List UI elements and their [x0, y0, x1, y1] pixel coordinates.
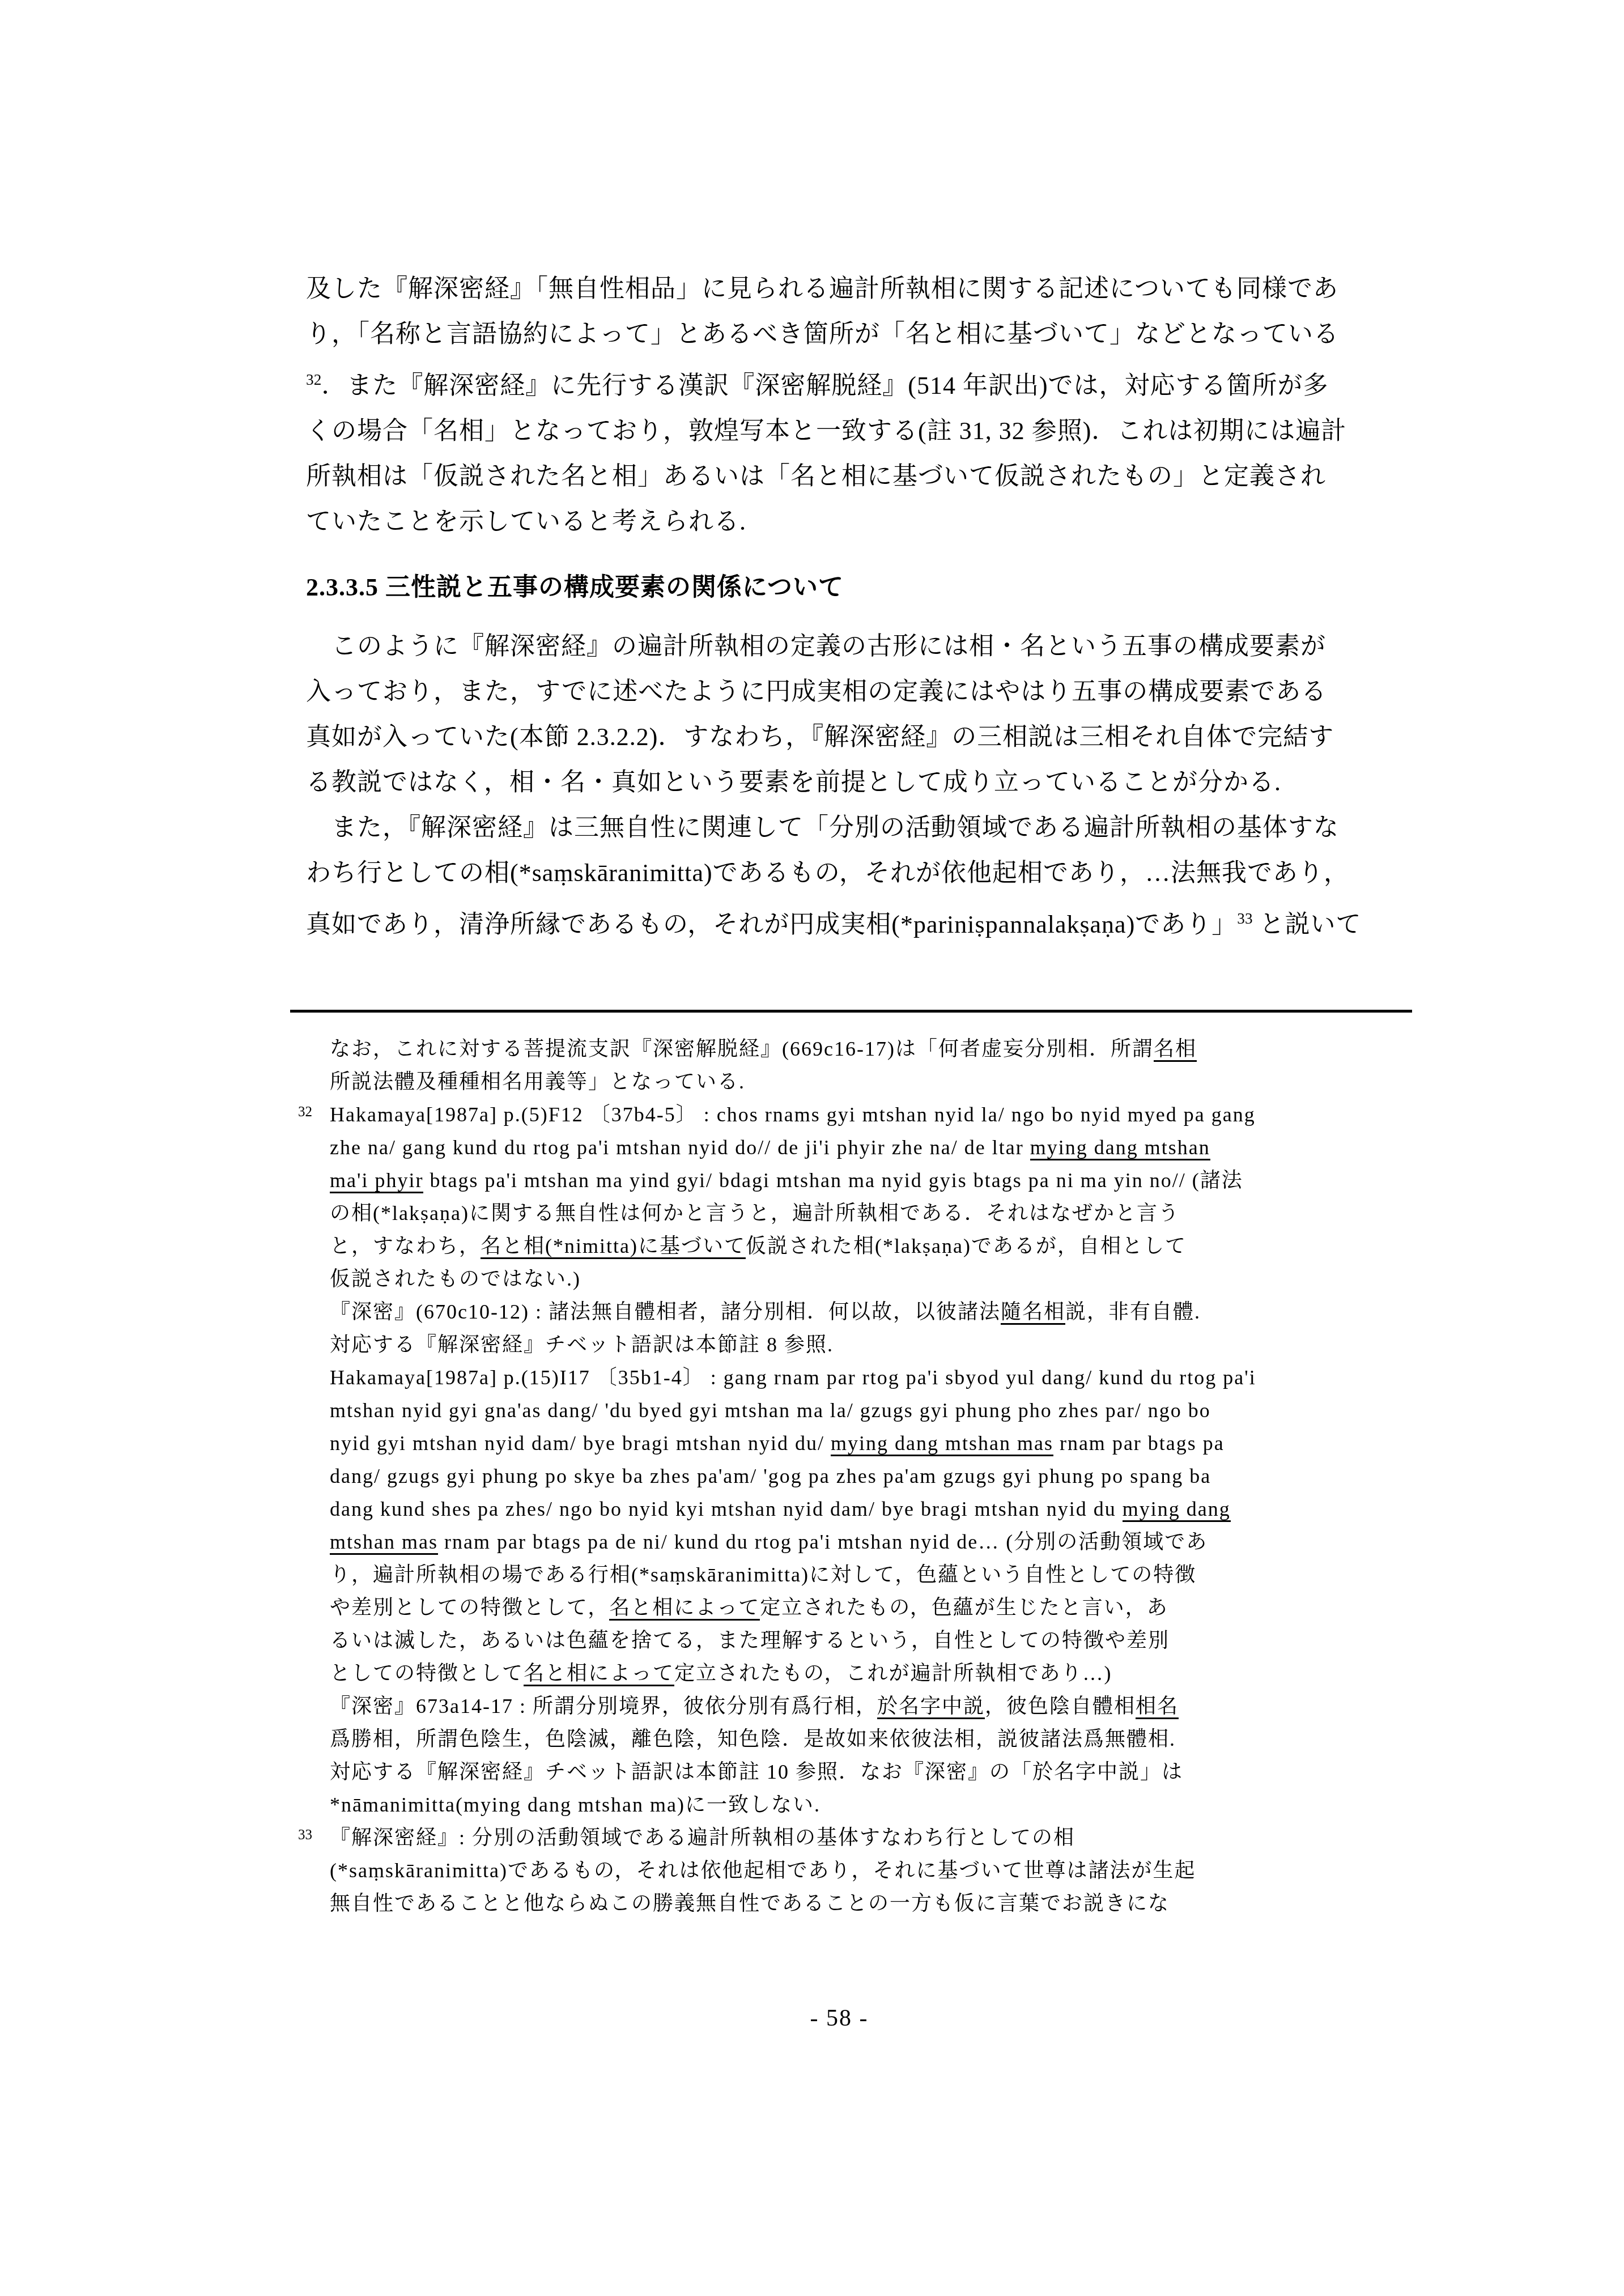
- text-line: と，すなわち，名と相(*nimitta)に基づいて仮説された相(*lakṣaṇa…: [330, 1230, 1411, 1262]
- text-line: や差別としての特徴として，名と相によって定立されたもの，色蘊が生じたと言い，あ: [330, 1591, 1411, 1624]
- text-line: 無自性であることと他ならぬこの勝義無自性であることの一方も仮に言葉でお説きにな: [330, 1887, 1411, 1920]
- text-line: なお，これに対する菩提流支訳『深密解脱経』(669c16-17)は「何者虚妄分別…: [330, 1032, 1411, 1065]
- footnote-number: 32: [298, 1096, 312, 1129]
- text-line: Hakamaya[1987a] p.(15)I17 〔35b1-4〕 : gan…: [330, 1361, 1411, 1394]
- text-line: 入っており，また，すでに述べたように円成実相の定義にはやはり五事の構成要素である: [306, 669, 1434, 715]
- text-line: dang kund shes pa zhes/ ngo bo nyid kyi …: [330, 1493, 1411, 1525]
- text-line: ma'i phyir btags pa'i mtshan ma yind gyi…: [330, 1164, 1411, 1197]
- text-line: Hakamaya[1987a] p.(5)F12 〔37b4-5〕 : chos…: [330, 1098, 1411, 1131]
- text-line: 真如が入っていた(本節 2.3.2.2)．すなわち，『解深密経』の三相説は三相そ…: [306, 715, 1434, 760]
- text-line: 真如であり，清浄所縁であるもの，それが円成実相(*pariniṣpannalak…: [306, 896, 1434, 947]
- text-line: *nāmanimitta(mying dang mtshan ma)に一致しない…: [330, 1788, 1411, 1821]
- text-line: 所説法體及種種相名用義等」となっている.: [330, 1065, 1411, 1098]
- text-line: り，「名称と言語協約によって」とあるべき箇所が「名と相に基づいて」などとなってい…: [306, 312, 1434, 357]
- text-line: (*saṃskāranimitta)であるもの，それは依他起相であり，それに基づ…: [330, 1854, 1411, 1887]
- text-line: このように『解深密経』の遍計所執相の定義の古形には相・名という五事の構成要素が: [306, 624, 1434, 669]
- text-line: る教説ではなく，相・名・真如という要素を前提として成り立っていることが分かる.: [306, 760, 1434, 805]
- text-line: zhe na/ gang kund du rtog pa'i mtshan ny…: [330, 1131, 1411, 1164]
- footnote-33: 33 『解深密経』: 分別の活動領域である遍計所執相の基体すなわち行としての相(…: [330, 1821, 1411, 1920]
- footnotes-block: なお，これに対する菩提流支訳『深密解脱経』(669c16-17)は「何者虚妄分別…: [330, 1032, 1411, 1920]
- text-line: mtshan mas rnam par btags pa de ni/ kund…: [330, 1525, 1411, 1558]
- text-line: また，『解深密経』は三無自性に関連して「分別の活動領域である遍計所執相の基体すな: [306, 805, 1434, 851]
- page-number: - 58 -: [65, 2005, 1613, 2032]
- text-line: 及した『解深密経』「無自性相品」に見られる遍計所執相に関する記述についても同様で…: [306, 266, 1434, 312]
- text-line: 対応する『解深密経』チベット語訳は本節註 8 参照.: [330, 1328, 1411, 1361]
- text-line: 『解深密経』: 分別の活動領域である遍計所執相の基体すなわち行としての相: [330, 1821, 1411, 1854]
- text-line: ていたことを示していると考えられる.: [306, 499, 1434, 545]
- text-line: くの場合「名相」となっており，敦煌写本と一致する(註 31, 32 参照)．これ…: [306, 409, 1434, 454]
- footnote-number: 33: [298, 1819, 312, 1852]
- section-heading: 2.3.3.5 三性説と五事の構成要素の関係について: [306, 565, 1434, 610]
- text-line: の相(*lakṣaṇa)に関する無自性は何かと言うと，遍計所執相である．それはな…: [330, 1197, 1411, 1230]
- body-paragraph-3: また，『解深密経』は三無自性に関連して「分別の活動領域である遍計所執相の基体すな…: [306, 805, 1434, 947]
- footnote-text: なお，これに対する菩提流支訳『深密解脱経』(669c16-17)は「何者虚妄分別…: [330, 1032, 1411, 1098]
- text-line: 対応する『解深密経』チベット語訳は本節註 10 参照．なお『深密』の「於名字中説…: [330, 1755, 1411, 1788]
- footnote-text: 『解深密経』: 分別の活動領域である遍計所執相の基体すなわち行としての相(*sa…: [330, 1821, 1411, 1920]
- text-line: 爲勝相，所謂色陰生，色陰滅，離色陰，知色陰．是故如来依彼法相，説彼諸法爲無體相.: [330, 1723, 1411, 1755]
- footnote-continuation: なお，これに対する菩提流支訳『深密解脱経』(669c16-17)は「何者虚妄分別…: [330, 1032, 1411, 1098]
- text-line: 32．また『解深密経』に先行する漢訳『深密解脱経』(514 年訳出)では，対応す…: [306, 357, 1434, 409]
- text-line: 仮説されたものではない.): [330, 1262, 1411, 1295]
- text-line: としての特徴として名と相によって定立されたもの，これが遍計所執相であり…): [330, 1657, 1411, 1690]
- scanned-paper-page: 及した『解深密経』「無自性相品」に見られる遍計所執相に関する記述についても同様で…: [0, 0, 1624, 2296]
- text-line: 『深密』(670c10-12) : 諸法無自體相者，諸分別相．何以故，以彼諸法隨…: [330, 1295, 1411, 1328]
- text-line: mtshan nyid gyi gna'as dang/ 'du byed gy…: [330, 1394, 1411, 1427]
- text-line: nyid gyi mtshan nyid dam/ bye bragi mtsh…: [330, 1427, 1411, 1460]
- text-line: わち行としての相(*saṃskāranimitta)であるもの，それが依他起相で…: [306, 851, 1434, 896]
- text-line: 所執相は「仮説された名と相」あるいは「名と相に基づいて仮説されたもの」と定義され: [306, 454, 1434, 499]
- text-line: dang/ gzugs gyi phung po skye ba zhes pa…: [330, 1460, 1411, 1493]
- footnote-text: Hakamaya[1987a] p.(5)F12 〔37b4-5〕 : chos…: [330, 1098, 1411, 1821]
- body-paragraph-1: 及した『解深密経』「無自性相品」に見られる遍計所執相に関する記述についても同様で…: [306, 266, 1434, 545]
- text-line: るいは滅した，あるいは色蘊を捨てる，また理解するという，自性としての特徴や差別: [330, 1624, 1411, 1657]
- footnote-32: 32 Hakamaya[1987a] p.(5)F12 〔37b4-5〕 : c…: [330, 1098, 1411, 1821]
- body-paragraph-2: このように『解深密経』の遍計所執相の定義の古形には相・名という五事の構成要素が入…: [306, 624, 1434, 805]
- text-line: り，遍計所執相の場である行相(*saṃskāranimitta)に対して，色蘊と…: [330, 1558, 1411, 1591]
- text-line: 『深密』673a14-17 : 所謂分別境界，彼依分別有爲行相，於名字中説，彼色…: [330, 1690, 1411, 1723]
- footnote-separator-rule: [290, 1010, 1412, 1013]
- main-text-block: 及した『解深密経』「無自性相品」に見られる遍計所執相に関する記述についても同様で…: [306, 266, 1434, 947]
